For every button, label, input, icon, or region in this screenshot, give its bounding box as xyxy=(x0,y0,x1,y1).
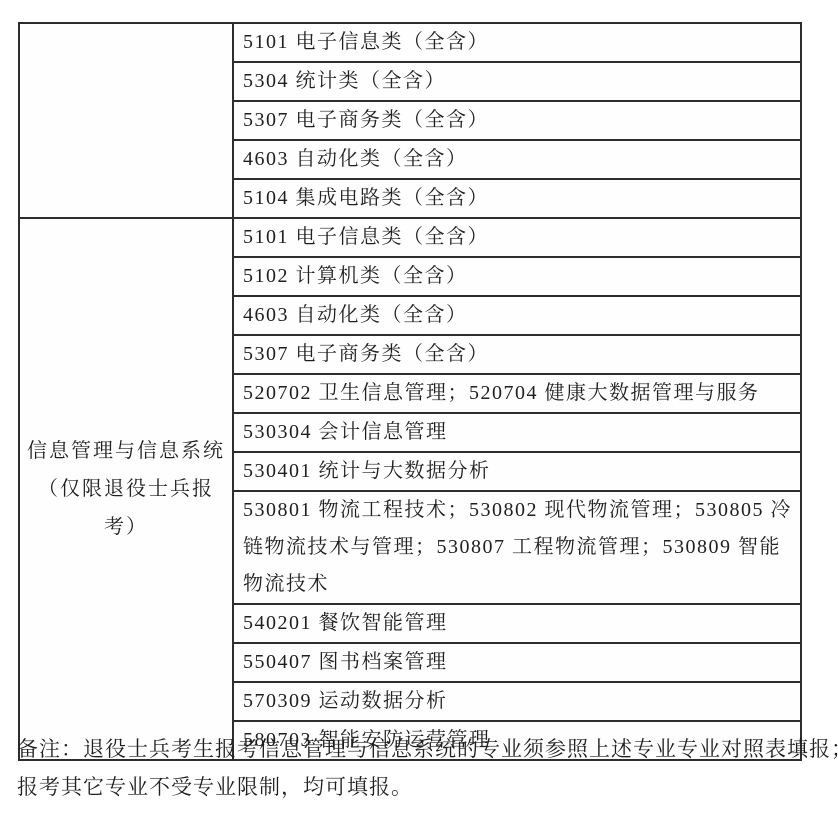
major-name-cell-empty xyxy=(19,23,233,218)
specialty-cell: 570309 运动数据分析 xyxy=(233,682,801,721)
table-container: 5101 电子信息类（全含） 5304 统计类（全含） 5307 电子商务类（全… xyxy=(18,22,802,761)
specialty-cell: 5307 电子商务类（全含） xyxy=(233,335,801,374)
table-row: 信息管理与信息系统 （仅限退役士兵报考） 5101 电子信息类（全含） xyxy=(19,218,801,257)
specialty-cell: 5102 计算机类（全含） xyxy=(233,257,801,296)
footnote: 备注：退役士兵考生报考信息管理与信息系统的专业须参照上述专业专业对照表填报； 报… xyxy=(17,730,829,806)
major-specialty-table: 5101 电子信息类（全含） 5304 统计类（全含） 5307 电子商务类（全… xyxy=(18,22,802,761)
major-name-cell: 信息管理与信息系统 （仅限退役士兵报考） xyxy=(19,218,233,760)
specialty-cell-multiline: 530801 物流工程技术；530802 现代物流管理；530805 冷链物流技… xyxy=(233,491,801,604)
specialty-cell: 550407 图书档案管理 xyxy=(233,643,801,682)
major-name-line2: （仅限退役士兵报考） xyxy=(22,470,230,546)
specialty-cell: 540201 餐饮智能管理 xyxy=(233,604,801,643)
specialty-cell: 5101 电子信息类（全含） xyxy=(233,23,801,62)
specialty-cell: 5104 集成电路类（全含） xyxy=(233,179,801,218)
specialty-cell: 5101 电子信息类（全含） xyxy=(233,218,801,257)
specialty-cell: 530304 会计信息管理 xyxy=(233,413,801,452)
specialty-cell: 4603 自动化类（全含） xyxy=(233,140,801,179)
footnote-line-2: 报考其它专业不受专业限制，均可填报。 xyxy=(17,768,829,806)
specialty-cell: 520702 卫生信息管理；520704 健康大数据管理与服务 xyxy=(233,374,801,413)
specialty-cell: 4603 自动化类（全含） xyxy=(233,296,801,335)
specialty-cell: 530401 统计与大数据分析 xyxy=(233,452,801,491)
table-row: 5101 电子信息类（全含） xyxy=(19,23,801,62)
specialty-cell: 5307 电子商务类（全含） xyxy=(233,101,801,140)
specialty-cell: 5304 统计类（全含） xyxy=(233,62,801,101)
major-name-line1: 信息管理与信息系统 xyxy=(22,432,230,470)
footnote-line-1: 备注：退役士兵考生报考信息管理与信息系统的专业须参照上述专业专业对照表填报； xyxy=(17,730,829,768)
